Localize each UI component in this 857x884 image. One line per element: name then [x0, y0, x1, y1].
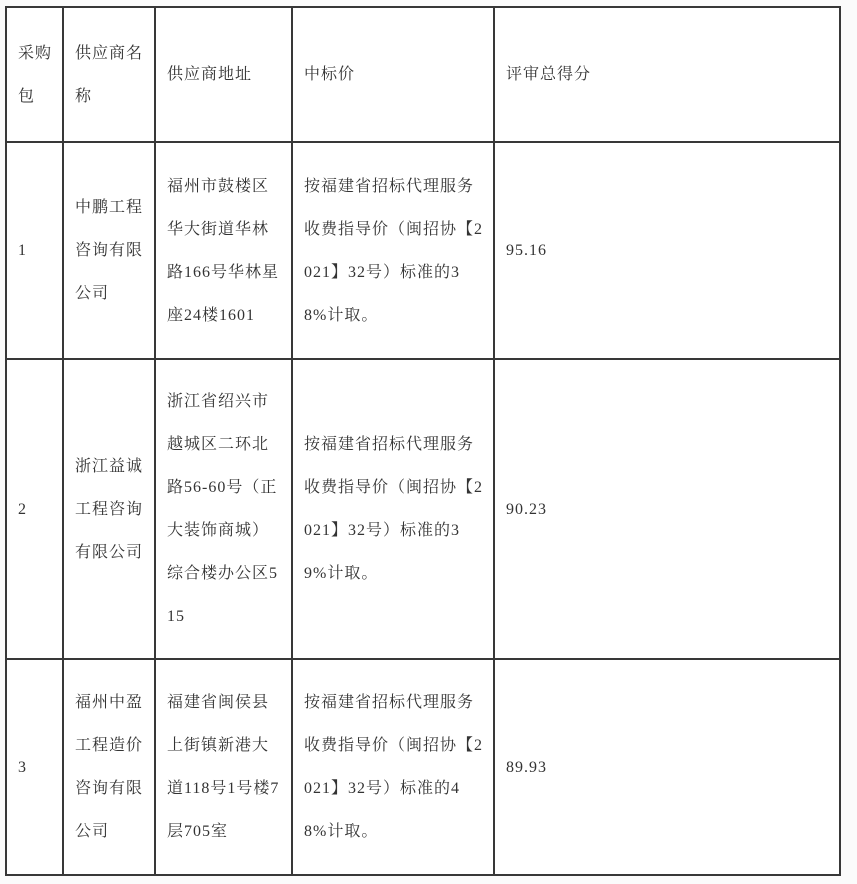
cell-bid-price: 按福建省招标代理服务收费指导价（闽招协【2021】32号）标准的38%计取。 [292, 142, 494, 359]
cell-review-score: 89.93 [494, 659, 840, 875]
cell-review-score: 90.23 [494, 359, 840, 659]
cell-review-score: 95.16 [494, 142, 840, 359]
bid-results-table: 采购包 供应商名称 供应商地址 中标价 评审总得分 1 中鹏工程咨询有限公司 福… [5, 6, 841, 876]
cell-supplier-address: 浙江省绍兴市越城区二环北路56-60号（正大装饰商城）综合楼办公区515 [155, 359, 292, 659]
cell-supplier-name: 福州中盈工程造价咨询有限公司 [63, 659, 155, 875]
cell-package: 3 [6, 659, 63, 875]
cell-supplier-address: 福建省闽侯县上街镇新港大道118号1号楼7层705室 [155, 659, 292, 875]
table-row: 3 福州中盈工程造价咨询有限公司 福建省闽侯县上街镇新港大道118号1号楼7层7… [6, 659, 840, 875]
col-header-supplier-name: 供应商名称 [63, 7, 155, 142]
table-row: 2 浙江益诚工程咨询有限公司 浙江省绍兴市越城区二环北路56-60号（正大装饰商… [6, 359, 840, 659]
col-header-supplier-address: 供应商地址 [155, 7, 292, 142]
cell-package: 1 [6, 142, 63, 359]
table-header-row: 采购包 供应商名称 供应商地址 中标价 评审总得分 [6, 7, 840, 142]
col-header-bid-price: 中标价 [292, 7, 494, 142]
page: 采购包 供应商名称 供应商地址 中标价 评审总得分 1 中鹏工程咨询有限公司 福… [0, 0, 857, 884]
cell-supplier-name: 浙江益诚工程咨询有限公司 [63, 359, 155, 659]
cell-supplier-address: 福州市鼓楼区华大街道华林路166号华林星座24楼1601 [155, 142, 292, 359]
col-header-review-score: 评审总得分 [494, 7, 840, 142]
cell-supplier-name: 中鹏工程咨询有限公司 [63, 142, 155, 359]
cell-bid-price: 按福建省招标代理服务收费指导价（闽招协【2021】32号）标准的39%计取。 [292, 359, 494, 659]
cell-package: 2 [6, 359, 63, 659]
table-row: 1 中鹏工程咨询有限公司 福州市鼓楼区华大街道华林路166号华林星座24楼160… [6, 142, 840, 359]
cell-bid-price: 按福建省招标代理服务收费指导价（闽招协【2021】32号）标准的48%计取。 [292, 659, 494, 875]
col-header-package: 采购包 [6, 7, 63, 142]
